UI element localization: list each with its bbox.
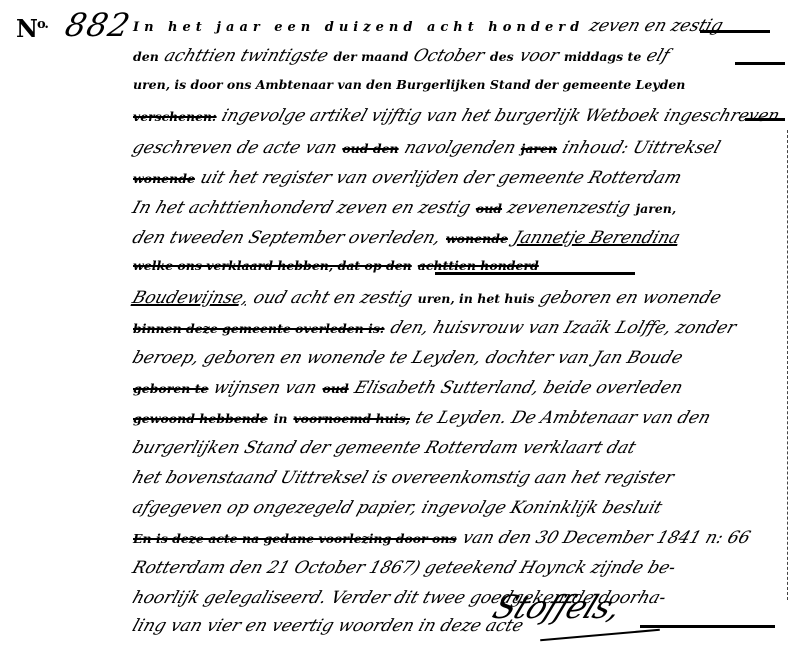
margin-rule bbox=[786, 130, 788, 600]
handwritten-text: zevenenzestig bbox=[505, 198, 633, 218]
record-line: burgerlijken Stand der gemeente Rotterda… bbox=[133, 438, 641, 464]
record-line: gewoond hebbendeinvoornoemd huis,te Leyd… bbox=[133, 408, 716, 434]
printed-text: gewoond hebbende bbox=[133, 411, 268, 426]
registrar-signature: Stoffels, bbox=[487, 588, 627, 626]
printed-text: wonende bbox=[133, 171, 195, 186]
handwritten-text: wijnsen van bbox=[211, 378, 320, 398]
fill-line-rule bbox=[735, 62, 785, 65]
fill-line-rule bbox=[435, 272, 635, 275]
handwritten-text: den, huisvrouw van Izaäk Lolffe, zonder bbox=[387, 318, 738, 338]
handwritten-text: Elisabeth Sutterland, beide overleden bbox=[351, 378, 685, 398]
civil-registry-page: No. 882 In het jaar een duizend acht hon… bbox=[0, 0, 800, 650]
fill-line-rule bbox=[640, 625, 775, 628]
record-line: beroep, geboren en wonende te Leyden, do… bbox=[133, 348, 688, 374]
printed-text: des bbox=[490, 49, 514, 64]
handwritten-text: ling van vier en veertig woorden in deze… bbox=[130, 616, 526, 636]
fill-line-rule bbox=[700, 30, 770, 33]
printed-text: oud bbox=[323, 381, 349, 396]
handwritten-text: elf bbox=[644, 46, 672, 66]
record-label-sup: o. bbox=[37, 17, 48, 32]
record-line: uren, is door ons Ambtenaar van den Burg… bbox=[133, 77, 691, 103]
record-line: binnen deze gemeente overleden is:den, h… bbox=[133, 318, 741, 344]
handwritten-text: achttien twintigste bbox=[162, 46, 331, 66]
fill-line-rule bbox=[745, 118, 785, 121]
printed-text: En is deze acte na gedane voorlezing doo… bbox=[133, 531, 457, 546]
handwritten-text: oud acht en zestig bbox=[251, 288, 415, 308]
handwritten-text: In het achttienhonderd zeven en zestig bbox=[130, 198, 473, 218]
record-line: Boudewijnse,oud acht en zestiguren, in h… bbox=[133, 288, 727, 314]
record-label-text: N bbox=[16, 14, 37, 43]
printed-text: in bbox=[274, 411, 288, 426]
record-line: verschenen:ingevolge artikel vijftig van… bbox=[133, 106, 785, 132]
record-line: den tweeden September overleden,wonendeJ… bbox=[133, 228, 686, 254]
record-line: In het jaar een duizend acht honderdzeve… bbox=[133, 16, 729, 42]
handwritten-text: geboren en wonende bbox=[537, 288, 724, 308]
record-line: ling van vier en veertig woorden in deze… bbox=[133, 616, 529, 642]
handwritten-text: Rotterdam den 21 October 1867) geteekend… bbox=[130, 558, 679, 578]
record-line: welke ons verklaard hebben, dat op denac… bbox=[133, 258, 545, 284]
handwritten-text: ingevolge artikel vijftig van het burger… bbox=[219, 106, 782, 126]
handwritten-text: Jannetje Berendina bbox=[511, 228, 683, 248]
printed-text: binnen deze gemeente overleden is: bbox=[133, 321, 385, 336]
record-line: En is deze acte na gedane voorlezing doo… bbox=[133, 528, 755, 554]
printed-text: uren, is door ons Ambtenaar van den Burg… bbox=[133, 77, 685, 92]
handwritten-text: te Leyden. De Ambtenaar van den bbox=[413, 408, 713, 428]
printed-text: der maand bbox=[333, 49, 408, 64]
record-line: In het achttienhonderd zeven en zestigou… bbox=[133, 198, 682, 224]
handwritten-text: burgerlijken Stand der gemeente Rotterda… bbox=[130, 438, 639, 458]
printed-text: jaren bbox=[521, 141, 557, 156]
printed-text: welke ons verklaard hebben, dat op den bbox=[133, 258, 412, 273]
handwritten-text: October bbox=[411, 46, 487, 66]
printed-text: In het jaar een duizend acht honderd bbox=[133, 20, 584, 35]
printed-text: middags te bbox=[564, 49, 641, 64]
handwritten-text: beroep, geboren en wonende te Leyden, do… bbox=[130, 348, 686, 368]
signature-underline bbox=[540, 629, 660, 641]
record-line: wonendeuit het register van overlijden d… bbox=[133, 168, 687, 194]
printed-text: oud bbox=[476, 201, 502, 216]
handwritten-text: Boudewijnse, bbox=[130, 288, 252, 308]
printed-text: achttien honderd bbox=[418, 258, 539, 273]
printed-text: den bbox=[133, 49, 159, 64]
record-number-handwritten: 882 bbox=[62, 6, 134, 44]
printed-text: wonende bbox=[446, 231, 508, 246]
printed-text: verschenen: bbox=[133, 109, 217, 124]
record-line: afgegeven op ongezegeld papier, ingevolg… bbox=[133, 498, 667, 524]
handwritten-text: uit het register van overlijden der geme… bbox=[198, 168, 685, 188]
printed-text: voornoemd huis, bbox=[293, 411, 410, 426]
record-line: denachttien twintigsteder maandOctoberde… bbox=[133, 46, 675, 72]
handwritten-text: geschreven de acte van bbox=[130, 138, 340, 158]
handwritten-text: voor bbox=[516, 46, 561, 66]
handwritten-text: den tweeden September overleden, bbox=[130, 228, 443, 248]
printed-text: uren, in het huis bbox=[418, 291, 535, 306]
handwritten-text: inhoud: Uittreksel bbox=[560, 138, 723, 158]
record-line: Rotterdam den 21 October 1867) geteekend… bbox=[133, 558, 681, 584]
printed-text: oud den bbox=[342, 141, 398, 156]
handwritten-text: afgegeven op ongezegeld papier, ingevolg… bbox=[130, 498, 665, 518]
record-number-label: No. bbox=[16, 14, 48, 43]
printed-text: jaren, bbox=[636, 201, 677, 216]
record-line: geboren tewijnsen vanoudElisabeth Sutter… bbox=[133, 378, 688, 404]
handwritten-text: van den 30 December 1841 n: 66 bbox=[459, 528, 752, 548]
record-line: het bovenstaand Uittreksel is overeenkom… bbox=[133, 468, 679, 494]
handwritten-text: navolgenden bbox=[401, 138, 518, 158]
handwritten-text: het bovenstaand Uittreksel is overeenkom… bbox=[130, 468, 677, 488]
record-line: geschreven de acte vanoud dennavolgenden… bbox=[133, 138, 726, 164]
printed-text: geboren te bbox=[133, 381, 208, 396]
handwritten-text: zeven en zestig bbox=[587, 16, 726, 36]
